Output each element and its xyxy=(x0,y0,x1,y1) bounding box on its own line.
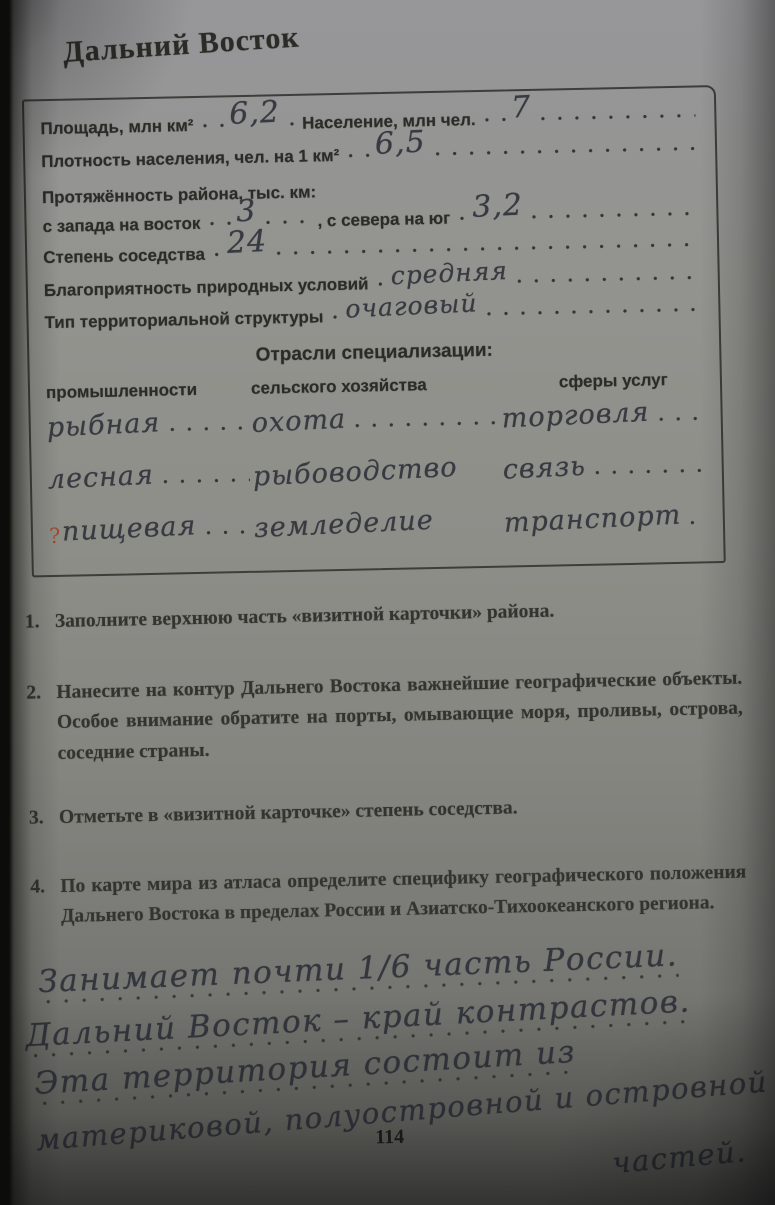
dot-leader xyxy=(208,249,224,259)
north-south-value-handwritten: 3,2 xyxy=(472,205,523,207)
industry-entry-1-handwritten: рыбная xyxy=(46,407,161,443)
field-row-density: Плотность населения, чел. на 1 км² 6,5 xyxy=(41,138,699,172)
industry-entry-3-handwritten: пищевая xyxy=(62,510,198,547)
west-east-label: с запада на восток xyxy=(42,214,200,237)
dot-leader xyxy=(342,150,372,161)
dot-leader xyxy=(453,213,469,223)
task-4-text: По карте мира из атласа определите специ… xyxy=(60,858,747,933)
page-title: Дальний Восток xyxy=(62,20,301,70)
services-entry-1-handwritten: торговля xyxy=(501,397,650,435)
field-row-extent-values: с запада на восток 3 , с севера на юг 3,… xyxy=(42,203,700,237)
population-value-handwritten: 7 xyxy=(511,108,531,109)
agriculture-entry-1-handwritten: охота xyxy=(251,404,347,439)
field-row-neighbours: Степень соседства 24 xyxy=(43,234,701,268)
dot-leader xyxy=(652,413,701,424)
specialization-heading: Отрасли специализации: xyxy=(45,335,703,371)
col-industry-header: промышленности xyxy=(46,379,251,403)
task-1-text: Заполните верхнюю часть «визитной карточ… xyxy=(55,593,741,638)
dot-leader xyxy=(157,475,250,487)
field-row-area-population: Площадь, млн км² 6,2 Население, млн чел.… xyxy=(40,105,698,139)
industry-entry-2-handwritten: лесная xyxy=(47,460,154,496)
north-south-label: , с севера на юг xyxy=(317,209,450,232)
dot-leader xyxy=(196,120,226,131)
task-3-text: Отметьте в «визитной карточке» степень с… xyxy=(59,788,745,833)
area-label: Площадь, млн км² xyxy=(40,116,193,139)
density-label: Плотность населения, чел. на 1 км² xyxy=(41,146,340,172)
task-2-text: Нанесите на контур Дальнего Востока важн… xyxy=(56,664,744,769)
dot-leader xyxy=(200,527,251,538)
neighbour-degree-label: Степень соседства xyxy=(43,245,205,268)
task-4: 4. По карте мира из атласа определите сп… xyxy=(30,858,747,933)
task-3: 3. Отметьте в «визитной карточке» степен… xyxy=(29,788,745,833)
col-services-header: сферы услуг xyxy=(501,369,704,393)
dot-leader xyxy=(371,279,387,289)
answer-line-5-handwritten: частей. xyxy=(611,1134,748,1180)
field-row-extent-heading: Протяжённость района, тыс. км: xyxy=(42,174,700,208)
task-2: 2. Нанесите на контур Дальнего Востока в… xyxy=(26,664,744,770)
extent-label: Протяжённость района, тыс. км: xyxy=(42,182,317,208)
dot-leader xyxy=(480,304,699,319)
vcard-box: Площадь, млн км² 6,2 Население, млн чел.… xyxy=(22,85,726,577)
field-row-structure: Тип территориальной структуры очаговый xyxy=(44,299,702,333)
teacher-question-mark: ? xyxy=(49,524,61,548)
col-agriculture-header: сельского хозяйства xyxy=(251,374,501,399)
workbook-page-photo: Дальний Восток Площадь, млн км² 6,2 Насе… xyxy=(0,0,775,1205)
task-list: 1. Заполните верхнюю часть «визитной кар… xyxy=(25,593,748,933)
specialization-row-2: лесная рыбоводство связь xyxy=(48,449,707,507)
territorial-structure-value-handwritten: очаговый xyxy=(345,303,477,309)
dot-leader xyxy=(163,423,249,435)
neighbour-degree-value-handwritten: 24 xyxy=(227,242,267,244)
dot-leader xyxy=(526,208,698,222)
agriculture-entry-2-handwritten: рыбоводство xyxy=(252,452,458,493)
dot-leader xyxy=(326,312,342,322)
services-entry-3-handwritten: транспорт xyxy=(503,500,682,539)
specialization-row-1: рыбная охота торговля xyxy=(46,397,705,455)
task-1-number: 1. xyxy=(25,607,56,638)
dot-leader xyxy=(283,119,299,129)
dot-leader xyxy=(270,239,698,258)
dot-leader xyxy=(511,272,699,286)
services-entry-2-handwritten: связь xyxy=(502,451,587,486)
task-4-number: 4. xyxy=(30,872,61,933)
west-east-value-handwritten: 3 xyxy=(236,211,256,212)
dot-leader xyxy=(479,114,509,125)
agriculture-entry-3-handwritten: земледелие xyxy=(253,505,434,544)
dot-leader xyxy=(429,143,696,159)
natural-conditions-value-handwritten: средняя xyxy=(390,271,507,277)
dot-leader xyxy=(684,517,704,527)
area-value-handwritten: 6,2 xyxy=(229,113,280,115)
page-content: Дальний Восток Площадь, млн км² 6,2 Насе… xyxy=(0,0,775,1205)
task-2-number: 2. xyxy=(26,678,58,769)
dot-leader xyxy=(349,418,499,431)
density-value-handwritten: 6,5 xyxy=(375,142,426,144)
dot-leader xyxy=(535,110,696,123)
specialization-row-3: ?пищевая земледелие транспорт xyxy=(49,501,708,559)
natural-conditions-label: Благоприятность природных условий xyxy=(44,274,369,301)
dot-leader xyxy=(589,465,703,477)
task-1: 1. Заполните верхнюю часть «визитной кар… xyxy=(25,593,741,638)
territorial-structure-label: Тип территориальной структуры xyxy=(44,307,323,333)
task-3-number: 3. xyxy=(29,803,60,834)
dot-leader xyxy=(259,216,314,227)
